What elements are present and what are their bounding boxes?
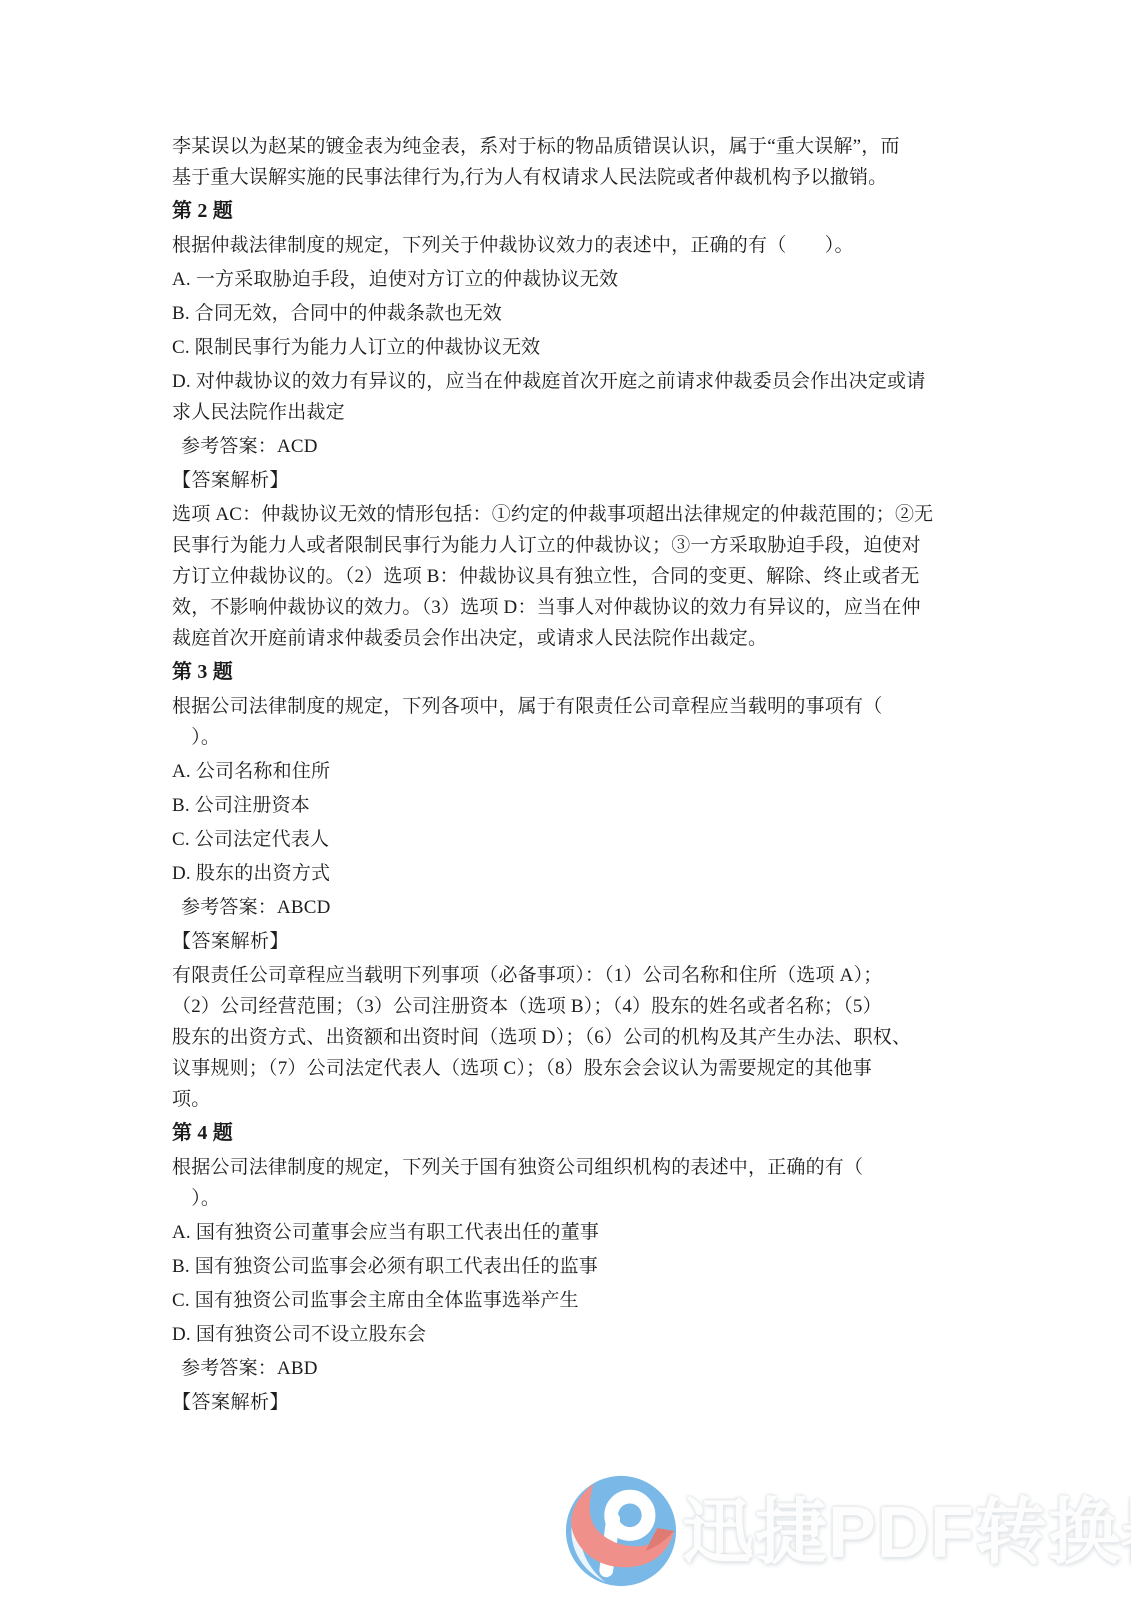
answer-line: 参考答案：ABD bbox=[172, 1353, 984, 1384]
option-a: A. 国有独资公司董事会应当有职工代表出任的董事 bbox=[172, 1217, 984, 1248]
option-a: A. 公司名称和住所 bbox=[172, 756, 984, 787]
option-a: A. 一方采取胁迫手段，迫使对方订立的仲裁协议无效 bbox=[172, 264, 984, 295]
analysis-heading: 【答案解析】 bbox=[172, 926, 984, 957]
option-c: C. 公司法定代表人 bbox=[172, 824, 984, 855]
option-d: D. 国有独资公司不设立股东会 bbox=[172, 1319, 984, 1350]
question-block-2: 第 2 题 根据仲裁法律制度的规定，下列关于仲裁协议效力的表述中，正确的有（ ）… bbox=[172, 196, 984, 654]
question-title: 第 3 题 bbox=[172, 657, 984, 688]
option-b: B. 国有独资公司监事会必须有职工代表出任的监事 bbox=[172, 1251, 984, 1282]
analysis-text: 选项 AC：仲裁协议无效的情形包括：①约定的仲裁事项超出法律规定的仲裁范围的；②… bbox=[172, 499, 984, 654]
option-b: B. 合同无效，合同中的仲裁条款也无效 bbox=[172, 298, 984, 329]
watermark-text: 迅捷PDF转换器 bbox=[682, 1497, 1131, 1569]
answer-line: 参考答案：ABCD bbox=[172, 892, 984, 923]
option-d: D. 对仲裁协议的效力有异议的，应当在仲裁庭首次开庭之前请求仲裁委员会作出决定或… bbox=[172, 366, 984, 428]
question-title: 第 4 题 bbox=[172, 1118, 984, 1149]
question-block-4: 第 4 题 根据公司法律制度的规定，下列关于国有独资公司组织机构的表述中，正确的… bbox=[172, 1118, 984, 1418]
intro-paragraph: 李某误以为赵某的镀金表为纯金表，系对于标的物品质错误认识，属于“重大误解”，而 … bbox=[172, 131, 984, 193]
question-title: 第 2 题 bbox=[172, 196, 984, 227]
analysis-heading: 【答案解析】 bbox=[172, 1387, 984, 1418]
analysis-heading: 【答案解析】 bbox=[172, 465, 984, 496]
option-c: C. 限制民事行为能力人订立的仲裁协议无效 bbox=[172, 332, 984, 363]
option-c: C. 国有独资公司监事会主席由全体监事选举产生 bbox=[172, 1285, 984, 1316]
question-stem: 根据公司法律制度的规定，下列各项中，属于有限责任公司章程应当载明的事项有（ ）。 bbox=[172, 691, 984, 753]
option-d: D. 股东的出资方式 bbox=[172, 858, 984, 889]
answer-line: 参考答案：ACD bbox=[172, 431, 984, 462]
analysis-text: 有限责任公司章程应当载明下列事项（必备事项）：（1）公司名称和住所（选项 A）；… bbox=[172, 960, 984, 1115]
question-block-3: 第 3 题 根据公司法律制度的规定，下列各项中，属于有限责任公司章程应当载明的事… bbox=[172, 657, 984, 1115]
question-stem: 根据公司法律制度的规定，下列关于国有独资公司组织机构的表述中，正确的有（ ）。 bbox=[172, 1152, 984, 1214]
question-stem: 根据仲裁法律制度的规定，下列关于仲裁协议效力的表述中，正确的有（ ）。 bbox=[172, 230, 984, 261]
pdf-converter-logo-icon bbox=[562, 1472, 680, 1595]
watermark: 迅捷PDF转换器 bbox=[562, 1470, 1128, 1596]
document-page: 李某误以为赵某的镀金表为纯金表，系对于标的物品质错误认识，属于“重大误解”，而 … bbox=[172, 131, 984, 1421]
option-b: B. 公司注册资本 bbox=[172, 790, 984, 821]
